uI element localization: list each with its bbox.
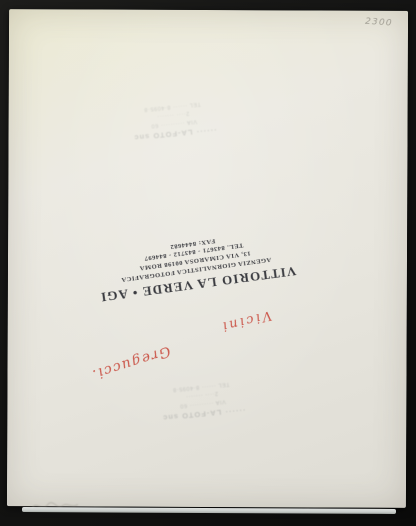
archive-number-pencil: 2300 [365,17,393,29]
handwritten-name-vicini: Vicini [219,307,273,334]
handwritten-name-gregucci: Gregucci. [89,343,172,383]
faint-agency-stamp-bottom: ······ LA-FOTO snc VIA ·········· 60 2··… [126,375,279,427]
agency-ink-stamp: VITTORIO LA VERDE • AGI AGENZIA GIORNALI… [90,224,300,305]
photo-back-paper: 2300 ······ LA-FOTO snc VIA ·········· 6… [7,9,408,508]
scan-background: 2300 ······ LA-FOTO snc VIA ·········· 6… [0,0,416,526]
faint-agency-stamp-top: ······ LA-FOTO snc VIA ·········· 60 2··… [107,95,240,145]
